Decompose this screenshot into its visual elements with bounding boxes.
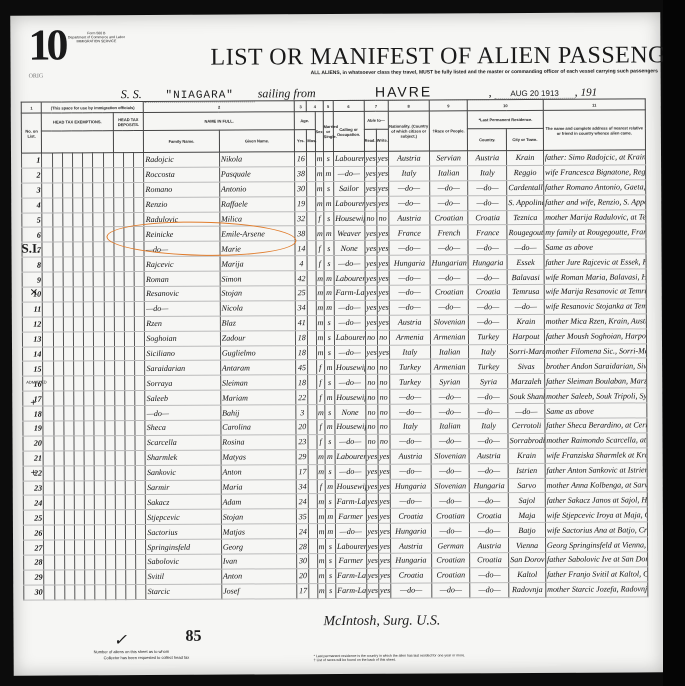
- calling: —do—: [334, 315, 365, 330]
- city: Essek: [507, 255, 544, 270]
- tax-cell: [52, 198, 62, 213]
- can-read: no: [365, 375, 377, 390]
- can-read: yes: [364, 196, 376, 211]
- sex: m: [317, 539, 325, 554]
- tax-cell: [105, 465, 115, 480]
- marital-status: s: [325, 434, 335, 449]
- tax-cell: [42, 272, 52, 287]
- sex: m: [316, 405, 324, 420]
- tax-cell: [44, 555, 54, 570]
- tax-cell: [123, 153, 133, 168]
- can-read: yes: [364, 166, 376, 181]
- ship-prefix: S. S.: [121, 87, 142, 102]
- age-months: [308, 360, 316, 375]
- city: Krain: [508, 448, 545, 463]
- row-number: 23: [23, 481, 43, 496]
- age-years: 16: [295, 152, 307, 167]
- relative-address: mother Raimondo Scarcella, at Sorrabrodi…: [545, 433, 647, 448]
- tax-cell: [73, 227, 83, 242]
- tax-cell: [134, 316, 144, 331]
- tax-cell: [63, 302, 73, 317]
- country: Croatia: [470, 508, 509, 523]
- family-name: Saraidarian: [145, 361, 220, 376]
- age-years: 18: [296, 375, 308, 390]
- can-write: yes: [376, 166, 388, 181]
- marital-status: m: [324, 360, 334, 375]
- can-read: yes: [365, 270, 377, 285]
- can-read: yes: [365, 345, 377, 360]
- can-write: yes: [378, 509, 390, 524]
- given-name: Maria: [221, 479, 297, 494]
- tax-cell: [84, 331, 94, 346]
- tax-cell: [114, 376, 124, 391]
- tax-cell: [74, 361, 84, 376]
- tax-cell: [73, 302, 83, 317]
- family-name: Sankovic: [145, 465, 220, 480]
- tax-cell: [104, 346, 114, 361]
- marital-status: s: [324, 241, 334, 256]
- tax-cell: [93, 153, 103, 168]
- marital-status: s: [323, 152, 333, 167]
- family-name: —do—: [145, 405, 220, 420]
- tax-cell: [73, 272, 83, 287]
- tax-cell: [113, 182, 123, 197]
- tax-cell: [44, 525, 54, 540]
- x-mark-icon: +: [31, 468, 37, 479]
- age-years: 23: [296, 435, 308, 450]
- nationality: Turkey: [390, 374, 431, 389]
- age-months: [307, 211, 315, 226]
- tax-cell: [136, 555, 146, 570]
- can-write: yes: [377, 241, 389, 256]
- col-calling: Calling or Occupation.: [333, 111, 364, 151]
- can-write: yes: [377, 315, 389, 330]
- tax-cell: [64, 421, 74, 436]
- marital-status: m: [324, 390, 334, 405]
- age-years: 3: [296, 405, 308, 420]
- age-years: 4: [295, 256, 307, 271]
- tax-cell: [115, 570, 125, 585]
- tax-cell: [63, 257, 73, 272]
- row-number: 5: [22, 213, 42, 228]
- row-number: 3: [22, 183, 42, 198]
- document-title: LIST OR MANIFEST OF ALIEN PASSENGERS FOR…: [210, 41, 685, 72]
- marital-status: m: [324, 286, 334, 301]
- relative-address: mother Marija Radulovic, at Teznica, Cro…: [544, 209, 646, 224]
- given-name: Matjas: [221, 524, 297, 539]
- tax-cell: [63, 361, 73, 376]
- calling: Farm-Labourer: [336, 583, 367, 598]
- calling: Farm-Labourer: [335, 494, 366, 509]
- marital-status: m: [325, 509, 335, 524]
- tax-cell: [94, 391, 104, 406]
- tax-cell: [115, 406, 125, 421]
- row-number: 19: [23, 421, 43, 436]
- tax-cell: [73, 198, 83, 213]
- sailing-label: sailing from: [258, 86, 316, 101]
- race: —do—: [431, 434, 470, 449]
- country: Austria: [470, 538, 509, 553]
- country: Italy: [468, 165, 507, 180]
- race: Croatian: [431, 553, 470, 568]
- city: Sarvo: [508, 478, 545, 493]
- tax-cell: [123, 167, 133, 182]
- calling: —do—: [335, 434, 366, 449]
- country: —do—: [469, 314, 508, 329]
- marital-status: s: [324, 315, 334, 330]
- relative-address: Georg Springinsfeld at Vienna, Austria: [545, 537, 647, 552]
- column-header-row: No. on List. HEAD TAX EXEMPTIONS. HEAD T…: [21, 110, 645, 131]
- city: Cardentall: [507, 180, 544, 195]
- relative-address: father: Simo Radojcic, at Krain, Austria: [543, 150, 645, 165]
- tax-cell: [104, 436, 114, 451]
- age-years: 25: [295, 286, 307, 301]
- country: —do—: [470, 463, 509, 478]
- tax-cell: [124, 182, 134, 197]
- relative-address: wife Francesca Bignatone, Reggio, Italy: [543, 165, 645, 180]
- given-name: Sleiman: [220, 375, 296, 390]
- calling: Labourer: [334, 330, 365, 345]
- tax-cell: [135, 450, 145, 465]
- tax-cell: [44, 495, 54, 510]
- tax-cell: [54, 495, 64, 510]
- can-read: yes: [364, 181, 376, 196]
- tax-cell: [115, 584, 125, 599]
- tax-cell: [74, 510, 84, 525]
- tax-cell: [135, 510, 145, 525]
- country: Hungaria: [470, 478, 509, 493]
- given-name: Stojan: [221, 509, 297, 524]
- tax-cell: [54, 555, 64, 570]
- can-read: yes: [365, 300, 377, 315]
- sex: f: [316, 241, 324, 256]
- marital-status: s: [325, 554, 335, 569]
- age-months: [308, 301, 316, 316]
- marital-status: s: [324, 256, 334, 271]
- row-number: 4: [22, 198, 42, 213]
- row-number: 27: [24, 540, 44, 555]
- age-months: [307, 167, 315, 182]
- nationality: —do—: [390, 493, 431, 508]
- year-suffix: 191: [581, 87, 598, 99]
- tax-cell: [104, 272, 114, 287]
- tax-cell: [73, 168, 83, 183]
- tax-cell: [83, 227, 93, 242]
- tax-cell: [93, 257, 103, 272]
- tax-cell: [64, 555, 74, 570]
- given-name: Simon: [220, 271, 296, 286]
- tax-cell: [53, 287, 63, 302]
- marital-status: s: [325, 494, 335, 509]
- tax-cell: [93, 242, 103, 257]
- age-months: [308, 405, 316, 420]
- tax-cell: [95, 510, 105, 525]
- nationality: —do—: [390, 464, 431, 479]
- sex: f: [317, 479, 325, 494]
- tax-cell: [83, 287, 93, 302]
- can-read: no: [364, 211, 376, 226]
- tax-cell: [84, 406, 94, 421]
- tax-cell: [134, 182, 144, 197]
- col-city: City or Town.: [507, 128, 544, 150]
- can-write: yes: [378, 449, 390, 464]
- age-years: 18: [296, 345, 308, 360]
- age-months: [309, 464, 317, 479]
- tax-cell: [124, 272, 134, 287]
- tax-cell: [53, 421, 63, 436]
- age-months: [308, 345, 316, 360]
- can-write: yes: [377, 226, 389, 241]
- tax-cell: [125, 435, 135, 450]
- tax-cell: [103, 197, 113, 212]
- can-read: yes: [366, 553, 378, 568]
- tax-cell: [125, 525, 135, 540]
- country: Italy: [469, 344, 508, 359]
- family-name: Sarmir: [146, 480, 221, 495]
- tax-cell: [73, 317, 83, 332]
- tax-cell: [84, 361, 94, 376]
- age-years: 29: [296, 449, 308, 464]
- tax-cell: [42, 198, 52, 213]
- can-read: no: [365, 330, 377, 345]
- tax-cell: [105, 450, 115, 465]
- tax-cell: [84, 346, 94, 361]
- x-mark-icon: +: [30, 398, 36, 409]
- row-number: 24: [23, 496, 43, 511]
- age-months: [308, 390, 316, 405]
- nationality: —do—: [390, 389, 431, 404]
- row-number: 8: [22, 257, 42, 272]
- age-months: [308, 315, 316, 330]
- tax-cell: [125, 555, 135, 570]
- row-number: 26: [23, 525, 43, 540]
- tax-cell: [63, 272, 73, 287]
- nationality: —do—: [389, 196, 430, 211]
- row-number: 1: [21, 153, 41, 168]
- city: Marzaleh: [508, 374, 545, 389]
- tax-cell: [104, 257, 114, 272]
- document-subtitle: ALL ALIENS, in whatsoever class they tra…: [311, 68, 658, 76]
- tax-cell: [64, 406, 74, 421]
- calling: —do—: [334, 300, 365, 315]
- age-years: 22: [296, 390, 308, 405]
- tax-cell: [94, 346, 104, 361]
- nationality: —do—: [389, 285, 430, 300]
- tax-cell: [62, 153, 72, 168]
- country: —do—: [469, 404, 508, 419]
- tax-cell: [94, 317, 104, 332]
- can-read: yes: [366, 449, 378, 464]
- col-age: Age.: [295, 112, 315, 130]
- age-months: [307, 181, 315, 196]
- tax-cell: [135, 346, 145, 361]
- tax-cell: [62, 198, 72, 213]
- tax-cell: [83, 153, 93, 168]
- country: —do—: [470, 493, 509, 508]
- country: Croatia: [468, 210, 507, 225]
- age-years: 28: [297, 539, 309, 554]
- tax-cell: [93, 168, 103, 183]
- tax-cell: [95, 555, 105, 570]
- tax-cell: [85, 525, 95, 540]
- manifest-sheet: 10 Form 500 B Department of Commerce and…: [10, 12, 663, 675]
- age-years: 38: [295, 167, 307, 182]
- tax-cell: [53, 272, 63, 287]
- tax-cell: [53, 257, 63, 272]
- tax-cell: [54, 525, 64, 540]
- sex: m: [317, 583, 325, 598]
- tax-cell: [135, 391, 145, 406]
- nationality: Austria: [390, 449, 431, 464]
- tax-cell: [95, 570, 105, 585]
- city: Krain: [507, 150, 544, 165]
- tax-cell: [136, 540, 146, 555]
- country: —do—: [469, 270, 508, 285]
- family-name: Sorraya: [145, 375, 220, 390]
- can-write: no: [378, 419, 390, 434]
- tax-cell: [114, 331, 124, 346]
- tax-cell: [105, 480, 115, 495]
- tax-cell: [64, 451, 74, 466]
- given-name: Josef: [222, 584, 298, 599]
- tax-cell: [53, 332, 63, 347]
- country: —do—: [469, 300, 508, 315]
- can-write: yes: [377, 345, 389, 360]
- age-years: 30: [295, 181, 307, 196]
- tax-cell: [94, 361, 104, 376]
- relative-address: wife Marija Resanovic at Temrusa, Croati…: [544, 284, 646, 299]
- country: Turkey: [469, 359, 508, 374]
- tax-cell: [84, 376, 94, 391]
- tax-cell: [113, 168, 123, 183]
- total-count: 85: [185, 628, 201, 646]
- country: Croatia: [469, 285, 508, 300]
- given-name: Marija: [220, 256, 296, 271]
- tax-cell: [84, 465, 94, 480]
- x-mark-icon: ✕: [30, 288, 38, 299]
- race: Croatian: [431, 568, 470, 583]
- city: Batjo: [509, 523, 546, 538]
- sex: m: [317, 554, 325, 569]
- can-read: yes: [364, 226, 376, 241]
- age-months: [307, 256, 315, 271]
- sex: f: [315, 211, 323, 226]
- tax-cell: [94, 451, 104, 466]
- tax-cell: [83, 212, 93, 227]
- country: France: [468, 225, 507, 240]
- given-name: Bahij: [221, 405, 297, 420]
- tax-cell: [42, 168, 52, 183]
- nationality: Turkey: [390, 359, 431, 374]
- can-write: yes: [377, 285, 389, 300]
- age-months: [309, 539, 317, 554]
- tax-cell: [105, 495, 115, 510]
- age-years: 20: [297, 569, 309, 584]
- tax-cell: [85, 540, 95, 555]
- age-years: 34: [295, 301, 307, 316]
- tax-cell: [135, 361, 145, 376]
- family-name: Sabolovic: [146, 554, 221, 569]
- family-name: Scarcella: [145, 435, 220, 450]
- relative-address: father Romano Antonio, Gaeta, Italy: [544, 180, 646, 195]
- sex: f: [317, 434, 325, 449]
- city: Rougegoutte: [507, 225, 544, 240]
- age-years: 30: [297, 554, 309, 569]
- tax-cell: [73, 332, 83, 347]
- tax-cell: [135, 376, 145, 391]
- tax-cell: [43, 406, 53, 421]
- tax-cell: [105, 570, 115, 585]
- country: —do—: [470, 523, 509, 538]
- family-name: Soghoian: [145, 331, 220, 346]
- calling: Labourer: [334, 196, 365, 211]
- tax-cell: [125, 495, 135, 510]
- tax-cell: [103, 182, 113, 197]
- tax-cell: [64, 570, 74, 585]
- tax-cell: [74, 525, 84, 540]
- age-months: [308, 330, 316, 345]
- tax-cell: [135, 406, 145, 421]
- city: Reggio: [507, 165, 544, 180]
- race: French: [430, 225, 469, 240]
- tax-cell: [125, 465, 135, 480]
- inspector-signature: McIntosh, Surg. U.S.: [323, 613, 440, 630]
- family-name: Siciliano: [145, 346, 220, 361]
- calling: Labourer: [335, 449, 366, 464]
- given-name: Raffaele: [220, 196, 296, 211]
- tax-cell: [103, 153, 113, 168]
- tax-cell: [134, 331, 144, 346]
- family-name: Saleeb: [145, 390, 220, 405]
- tax-cell: [105, 584, 115, 599]
- given-name: Anton: [221, 569, 297, 584]
- can-write: yes: [377, 300, 389, 315]
- tax-cell: [135, 480, 145, 495]
- tax-cell: [115, 540, 125, 555]
- tax-cell: [73, 212, 83, 227]
- given-name: Georg: [221, 539, 297, 554]
- age-years: 41: [296, 315, 308, 330]
- nationality: Hungaria: [391, 553, 432, 568]
- tax-cell: [104, 331, 114, 346]
- age-years: 14: [295, 241, 307, 256]
- tax-cell: [94, 465, 104, 480]
- can-read: yes: [364, 241, 376, 256]
- can-write: no: [378, 404, 390, 419]
- tax-cell: [105, 555, 115, 570]
- tax-cell: [74, 480, 84, 495]
- tax-cell: [125, 480, 135, 495]
- family-name: Svitil: [146, 569, 221, 584]
- tax-cell: [75, 585, 85, 600]
- age-months: [309, 583, 317, 598]
- col-country: Country.: [468, 129, 507, 151]
- tax-cell: [52, 183, 62, 198]
- tax-cell: [84, 391, 94, 406]
- tax-cell: [95, 540, 105, 555]
- can-write: yes: [378, 464, 390, 479]
- tax-cell: [85, 570, 95, 585]
- tax-cell: [134, 287, 144, 302]
- relative-address: father Sleiman Boulaban, Marzaleh, Syria: [545, 373, 647, 388]
- col-age-yrs: Yrs.: [295, 130, 307, 152]
- marital-status: s: [325, 405, 335, 420]
- can-write: yes: [376, 151, 388, 166]
- relative-address: father Moush Soghoian, Harpout, Turkey: [544, 329, 646, 344]
- nationality: Italy: [389, 166, 430, 181]
- tax-cell: [63, 242, 73, 257]
- city: Sorrabrodino: [508, 433, 545, 448]
